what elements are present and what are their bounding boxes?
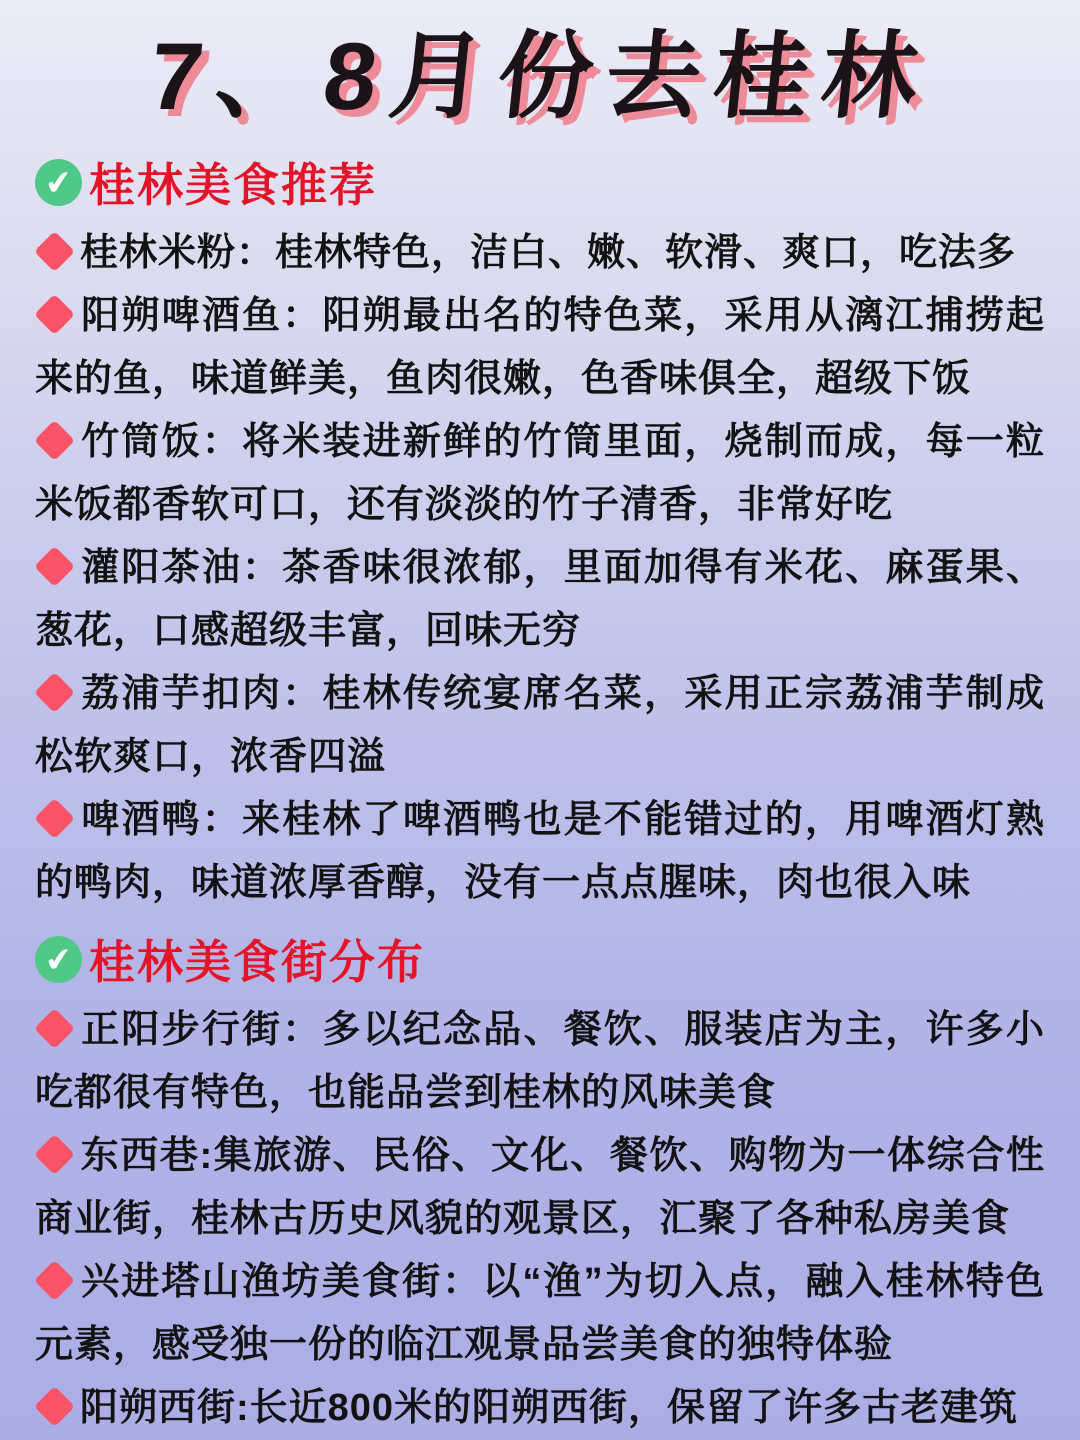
list-item-text: 东西巷:集旅游、民俗、文化、餐饮、购物为一体综合性商业街，桂林古历史风貌的观景区…	[35, 1135, 1045, 1240]
section-heading: ✔ 桂林美食街分布	[35, 931, 1045, 987]
list-item: 兴进塔山渔坊美食街：以“渔”为切入点，融入桂林特色元素，感受独一份的临江观景品尝…	[35, 1251, 1045, 1377]
list-item-text: 啤酒鸭：来桂林了啤酒鸭也是不能错过的，用啤酒灯熟的鸭肉，味道浓厚香醇，没有一点点…	[35, 799, 1045, 904]
section-heading: ✔ 桂林美食推荐	[35, 154, 1045, 210]
diamond-icon	[34, 1134, 75, 1175]
list-item-text: 兴进塔山渔坊美食街：以“渔”为切入点，融入桂林特色元素，感受独一份的临江观景品尝…	[35, 1261, 1045, 1366]
diamond-icon	[34, 1008, 75, 1049]
diamond-icon	[34, 1260, 75, 1301]
list-item-text: 阳朔啤酒鱼：阳朔最出名的特色菜，采用从漓江捕捞起来的鱼，味道鲜美，鱼肉很嫩，色香…	[35, 295, 1045, 400]
page-title: 7、8月份去桂林	[29, 16, 1052, 138]
section-heading-text: 桂林美食街分布	[89, 926, 425, 992]
check-circle-icon: ✔	[33, 156, 85, 208]
list-item-text: 阳朔西街:长近800米的阳朔西街，保留了许多古老建筑	[80, 1387, 1018, 1429]
check-glyph: ✔	[43, 161, 75, 203]
list-item: 阳朔啤酒鱼：阳朔最出名的特色菜，采用从漓江捕捞起来的鱼，味道鲜美，鱼肉很嫩，色香…	[35, 285, 1045, 411]
infographic-page: 7、8月份去桂林 ✔ 桂林美食推荐 桂林米粉：桂林特色，洁白、嫩、软滑、爽口，吃…	[0, 0, 1080, 1440]
list-item: 桂林米粉：桂林特色，洁白、嫩、软滑、爽口，吃法多	[35, 222, 1045, 285]
section-food-streets: ✔ 桂林美食街分布 正阳步行街：多以纪念品、餐饮、服装店为主，许多小吃都很有特色…	[35, 931, 1045, 1440]
diamond-icon	[34, 231, 75, 272]
diamond-icon	[34, 294, 75, 335]
list-item: 啤酒鸭：来桂林了啤酒鸭也是不能错过的，用啤酒灯熟的鸭肉，味道浓厚香醇，没有一点点…	[35, 789, 1045, 915]
list-item-text: 桂林米粉：桂林特色，洁白、嫩、软滑、爽口，吃法多	[80, 232, 1016, 274]
diamond-icon	[34, 672, 75, 713]
list-item-text: 荔浦芋扣肉：桂林传统宴席名菜，采用正宗荔浦芋制成松软爽口，浓香四溢	[35, 673, 1045, 778]
list-item-text: 正阳步行街：多以纪念品、餐饮、服装店为主，许多小吃都很有特色，也能品尝到桂林的风…	[35, 1009, 1045, 1114]
list-item: 竹筒饭：将米装进新鲜的竹筒里面，烧制而成，每一粒米饭都香软可口，还有淡淡的竹子清…	[35, 411, 1045, 537]
check-circle-icon: ✔	[33, 933, 85, 985]
diamond-icon	[34, 1386, 75, 1427]
list-item: 灌阳茶油：茶香味很浓郁，里面加得有米花、麻蛋果、葱花，口感超级丰富，回味无穷	[35, 537, 1045, 663]
section-heading-text: 桂林美食推荐	[89, 149, 377, 215]
list-item-text: 竹筒饭：将米装进新鲜的竹筒里面，烧制而成，每一粒米饭都香软可口，还有淡淡的竹子清…	[35, 421, 1045, 526]
diamond-icon	[34, 420, 75, 461]
list-item-text: 灌阳茶油：茶香味很浓郁，里面加得有米花、麻蛋果、葱花，口感超级丰富，回味无穷	[35, 547, 1045, 652]
check-glyph: ✔	[43, 938, 75, 980]
diamond-icon	[34, 546, 75, 587]
section-food-recommendations: ✔ 桂林美食推荐 桂林米粉：桂林特色，洁白、嫩、软滑、爽口，吃法多 阳朔啤酒鱼：…	[35, 154, 1045, 915]
list-item: 阳朔西街:长近800米的阳朔西街，保留了许多古老建筑	[35, 1377, 1045, 1440]
list-item: 荔浦芋扣肉：桂林传统宴席名菜，采用正宗荔浦芋制成松软爽口，浓香四溢	[35, 663, 1045, 789]
list-item: 正阳步行街：多以纪念品、餐饮、服装店为主，许多小吃都很有特色，也能品尝到桂林的风…	[35, 999, 1045, 1125]
list-item: 东西巷:集旅游、民俗、文化、餐饮、购物为一体综合性商业街，桂林古历史风貌的观景区…	[35, 1125, 1045, 1251]
diamond-icon	[34, 798, 75, 839]
